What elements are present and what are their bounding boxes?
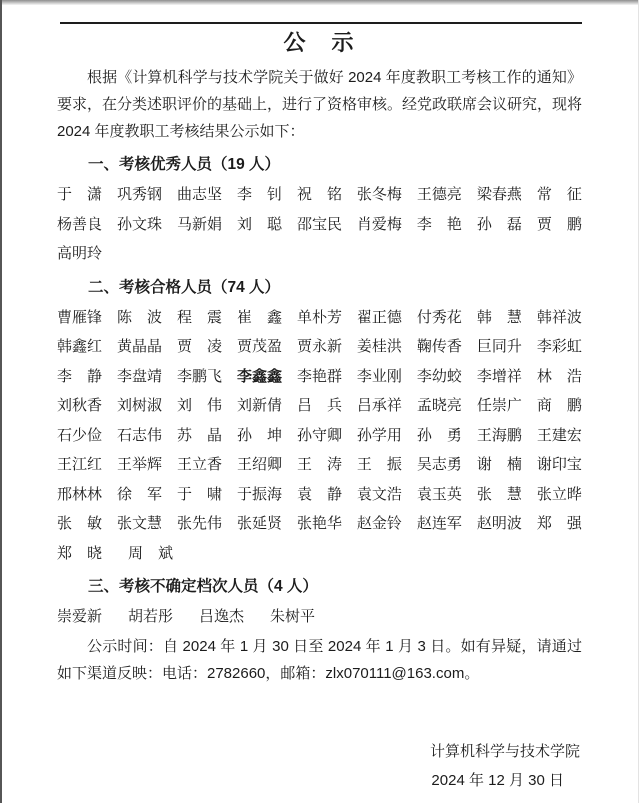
person-name: 王建宏: [537, 424, 582, 445]
person-name: 曹雁锋: [57, 306, 102, 327]
person-name: 崔 鑫: [237, 306, 282, 327]
person-name: 杨善良: [57, 213, 102, 234]
person-name: 李 艳: [417, 213, 462, 234]
person-name: 张冬梅: [357, 183, 402, 204]
signature-date: 2024 年 12 月 30 日: [57, 766, 582, 795]
person-name: 赵连军: [417, 512, 462, 533]
person-name: 商 鹏: [537, 394, 582, 415]
person-name: 李鑫鑫: [237, 365, 282, 386]
person-name: 韩鑫红: [57, 335, 102, 356]
person-name: 袁 静: [297, 483, 342, 504]
person-name: 张艳华: [297, 512, 342, 533]
person-name: 张立晔: [537, 483, 582, 504]
name-row: 高明玲: [57, 238, 582, 268]
person-name: 单朴芳: [297, 306, 342, 327]
person-name: 朱树平: [270, 605, 315, 626]
person-name: 孙文珠: [117, 213, 162, 234]
person-name: 谢印宝: [537, 453, 582, 474]
page-title: 公 示: [57, 28, 582, 58]
name-row: 张 敏张文慧张先伟张延贤张艳华赵金铃赵连军赵明波郑 强: [57, 508, 582, 538]
person-name: 吕 兵: [297, 394, 342, 415]
person-name: 王江红: [57, 453, 102, 474]
person-name: 周 斌: [128, 542, 173, 563]
person-name: 王绍卿: [237, 453, 282, 474]
title-rule: [60, 22, 582, 24]
person-name: 孙守卿: [297, 424, 342, 445]
person-name: 孙学用: [357, 424, 402, 445]
person-name: 李业刚: [357, 365, 402, 386]
person-name: 王 振: [357, 453, 402, 474]
person-name: 李盘靖: [117, 365, 162, 386]
person-name: 王立香: [177, 453, 222, 474]
section-heading: 一、考核优秀人员（19 人）: [57, 153, 582, 177]
person-name: 巨同升: [477, 335, 522, 356]
person-name: 李艳群: [297, 365, 342, 386]
person-name: 石志伟: [117, 424, 162, 445]
person-name: 于 啸: [177, 483, 222, 504]
person-name: 邵宝民: [297, 213, 342, 234]
person-name: 任崇广: [477, 394, 522, 415]
sections-container: 一、考核优秀人员（19 人）于 潇巩秀钢曲志坚李 钊祝 铭张冬梅王德亮梁春燕常 …: [57, 153, 582, 631]
person-name: 梁春燕: [477, 183, 522, 204]
person-name: 于 潇: [57, 183, 102, 204]
person-name: 常 征: [537, 183, 582, 204]
person-name: 刘秋香: [57, 394, 102, 415]
person-name: 孙 勇: [417, 424, 462, 445]
person-name: 程 震: [177, 306, 222, 327]
window-top-edge: [0, 0, 639, 5]
person-name: 邢林林: [57, 483, 102, 504]
name-row: 石少俭石志伟苏 晶孙 坤孙守卿孙学用孙 勇王海鹏王建宏: [57, 420, 582, 450]
person-name: 徐 军: [117, 483, 162, 504]
person-name: 高明玲: [57, 242, 102, 263]
section-heading: 二、考核合格人员（74 人）: [57, 276, 582, 300]
person-name: 崇爱新: [57, 605, 102, 626]
person-name: 王 涛: [297, 453, 342, 474]
person-name: 刘 伟: [177, 394, 222, 415]
person-name: 陈 波: [117, 306, 162, 327]
person-name: 李 钊: [237, 183, 282, 204]
person-name: 张 敏: [57, 512, 102, 533]
name-row: 王江红王举辉王立香王绍卿王 涛王 振吴志勇谢 楠谢印宝: [57, 449, 582, 479]
person-name: 翟正德: [357, 306, 402, 327]
person-name: 刘树淑: [117, 394, 162, 415]
name-row: 刘秋香刘树淑刘 伟刘新倩吕 兵吕承祥孟晓亮任崇广商 鹏: [57, 390, 582, 420]
person-name: 李彩虹: [537, 335, 582, 356]
person-name: 肖爱梅: [357, 213, 402, 234]
person-name: 马新娟: [177, 213, 222, 234]
person-name: 韩 慧: [477, 306, 522, 327]
person-name: 苏 晶: [177, 424, 222, 445]
person-name: 王举辉: [117, 453, 162, 474]
person-name: 鞠传香: [417, 335, 462, 356]
person-name: 巩秀钢: [117, 183, 162, 204]
person-name: 刘 聪: [237, 213, 282, 234]
person-name: 吴志勇: [417, 453, 462, 474]
person-name: 贾 凌: [177, 335, 222, 356]
intro-paragraph: 根据《计算机科学与技术学院关于做好 2024 年度教职工考核工作的通知》要求，在…: [57, 64, 582, 145]
person-name: 张 慧: [477, 483, 522, 504]
name-row: 于 潇巩秀钢曲志坚李 钊祝 铭张冬梅王德亮梁春燕常 征: [57, 179, 582, 209]
section-heading: 三、考核不确定档次人员（4 人）: [57, 575, 582, 599]
document-page: 公 示 根据《计算机科学与技术学院关于做好 2024 年度教职工考核工作的通知》…: [0, 22, 639, 795]
signature-unit: 计算机科学与技术学院: [57, 737, 582, 766]
person-name: 付秀花: [417, 306, 462, 327]
person-name: 李 静: [57, 365, 102, 386]
person-name: 姜桂洪: [357, 335, 402, 356]
person-name: 于振海: [237, 483, 282, 504]
signature-block: 计算机科学与技术学院 2024 年 12 月 30 日: [57, 737, 582, 795]
person-name: 吕承祥: [357, 394, 402, 415]
name-row: 李 静李盘靖李鹏飞李鑫鑫李艳群李业刚李幼蛟李增祥林 浩: [57, 361, 582, 391]
person-name: 李增祥: [477, 365, 522, 386]
person-name: 李幼蛟: [417, 365, 462, 386]
name-row: 郑 晓周 斌: [57, 538, 582, 568]
name-row: 杨善良孙文珠马新娟刘 聪邵宝民肖爱梅李 艳孙 磊贾 鹏: [57, 209, 582, 239]
name-row: 韩鑫红黄晶晶贾 凌贾茂盈贾永新姜桂洪鞠传香巨同升李彩虹: [57, 331, 582, 361]
person-name: 贾永新: [297, 335, 342, 356]
person-name: 张文慧: [117, 512, 162, 533]
person-name: 胡若彤: [128, 605, 173, 626]
person-name: 林 浩: [537, 365, 582, 386]
person-name: 王海鹏: [477, 424, 522, 445]
person-name: 孙 坤: [237, 424, 282, 445]
person-name: 张先伟: [177, 512, 222, 533]
person-name: 郑 晓: [57, 542, 102, 563]
person-name: 石少俭: [57, 424, 102, 445]
person-name: 张延贤: [237, 512, 282, 533]
name-row: 曹雁锋陈 波程 震崔 鑫单朴芳翟正德付秀花韩 慧韩祥波: [57, 302, 582, 332]
person-name: 孟晓亮: [417, 394, 462, 415]
person-name: 袁玉英: [417, 483, 462, 504]
person-name: 贾茂盈: [237, 335, 282, 356]
person-name: 祝 铭: [297, 183, 342, 204]
person-name: 王德亮: [417, 183, 462, 204]
name-row: 崇爱新胡若彤吕逸杰朱树平: [57, 601, 582, 631]
person-name: 赵明波: [477, 512, 522, 533]
person-name: 郑 强: [537, 512, 582, 533]
person-name: 孙 磊: [477, 213, 522, 234]
person-name: 赵金铃: [357, 512, 402, 533]
person-name: 袁文浩: [357, 483, 402, 504]
person-name: 曲志坚: [177, 183, 222, 204]
person-name: 谢 楠: [477, 453, 522, 474]
person-name: 吕逸杰: [199, 605, 244, 626]
notice-paragraph: 公示时间：自 2024 年 1 月 30 日至 2024 年 1 月 3 日。如…: [57, 633, 582, 687]
person-name: 刘新倩: [237, 394, 282, 415]
person-name: 李鹏飞: [177, 365, 222, 386]
person-name: 黄晶晶: [117, 335, 162, 356]
person-name: 贾 鹏: [537, 213, 582, 234]
person-name: 韩祥波: [537, 306, 582, 327]
name-row: 邢林林徐 军于 啸于振海袁 静袁文浩袁玉英张 慧张立晔: [57, 479, 582, 509]
